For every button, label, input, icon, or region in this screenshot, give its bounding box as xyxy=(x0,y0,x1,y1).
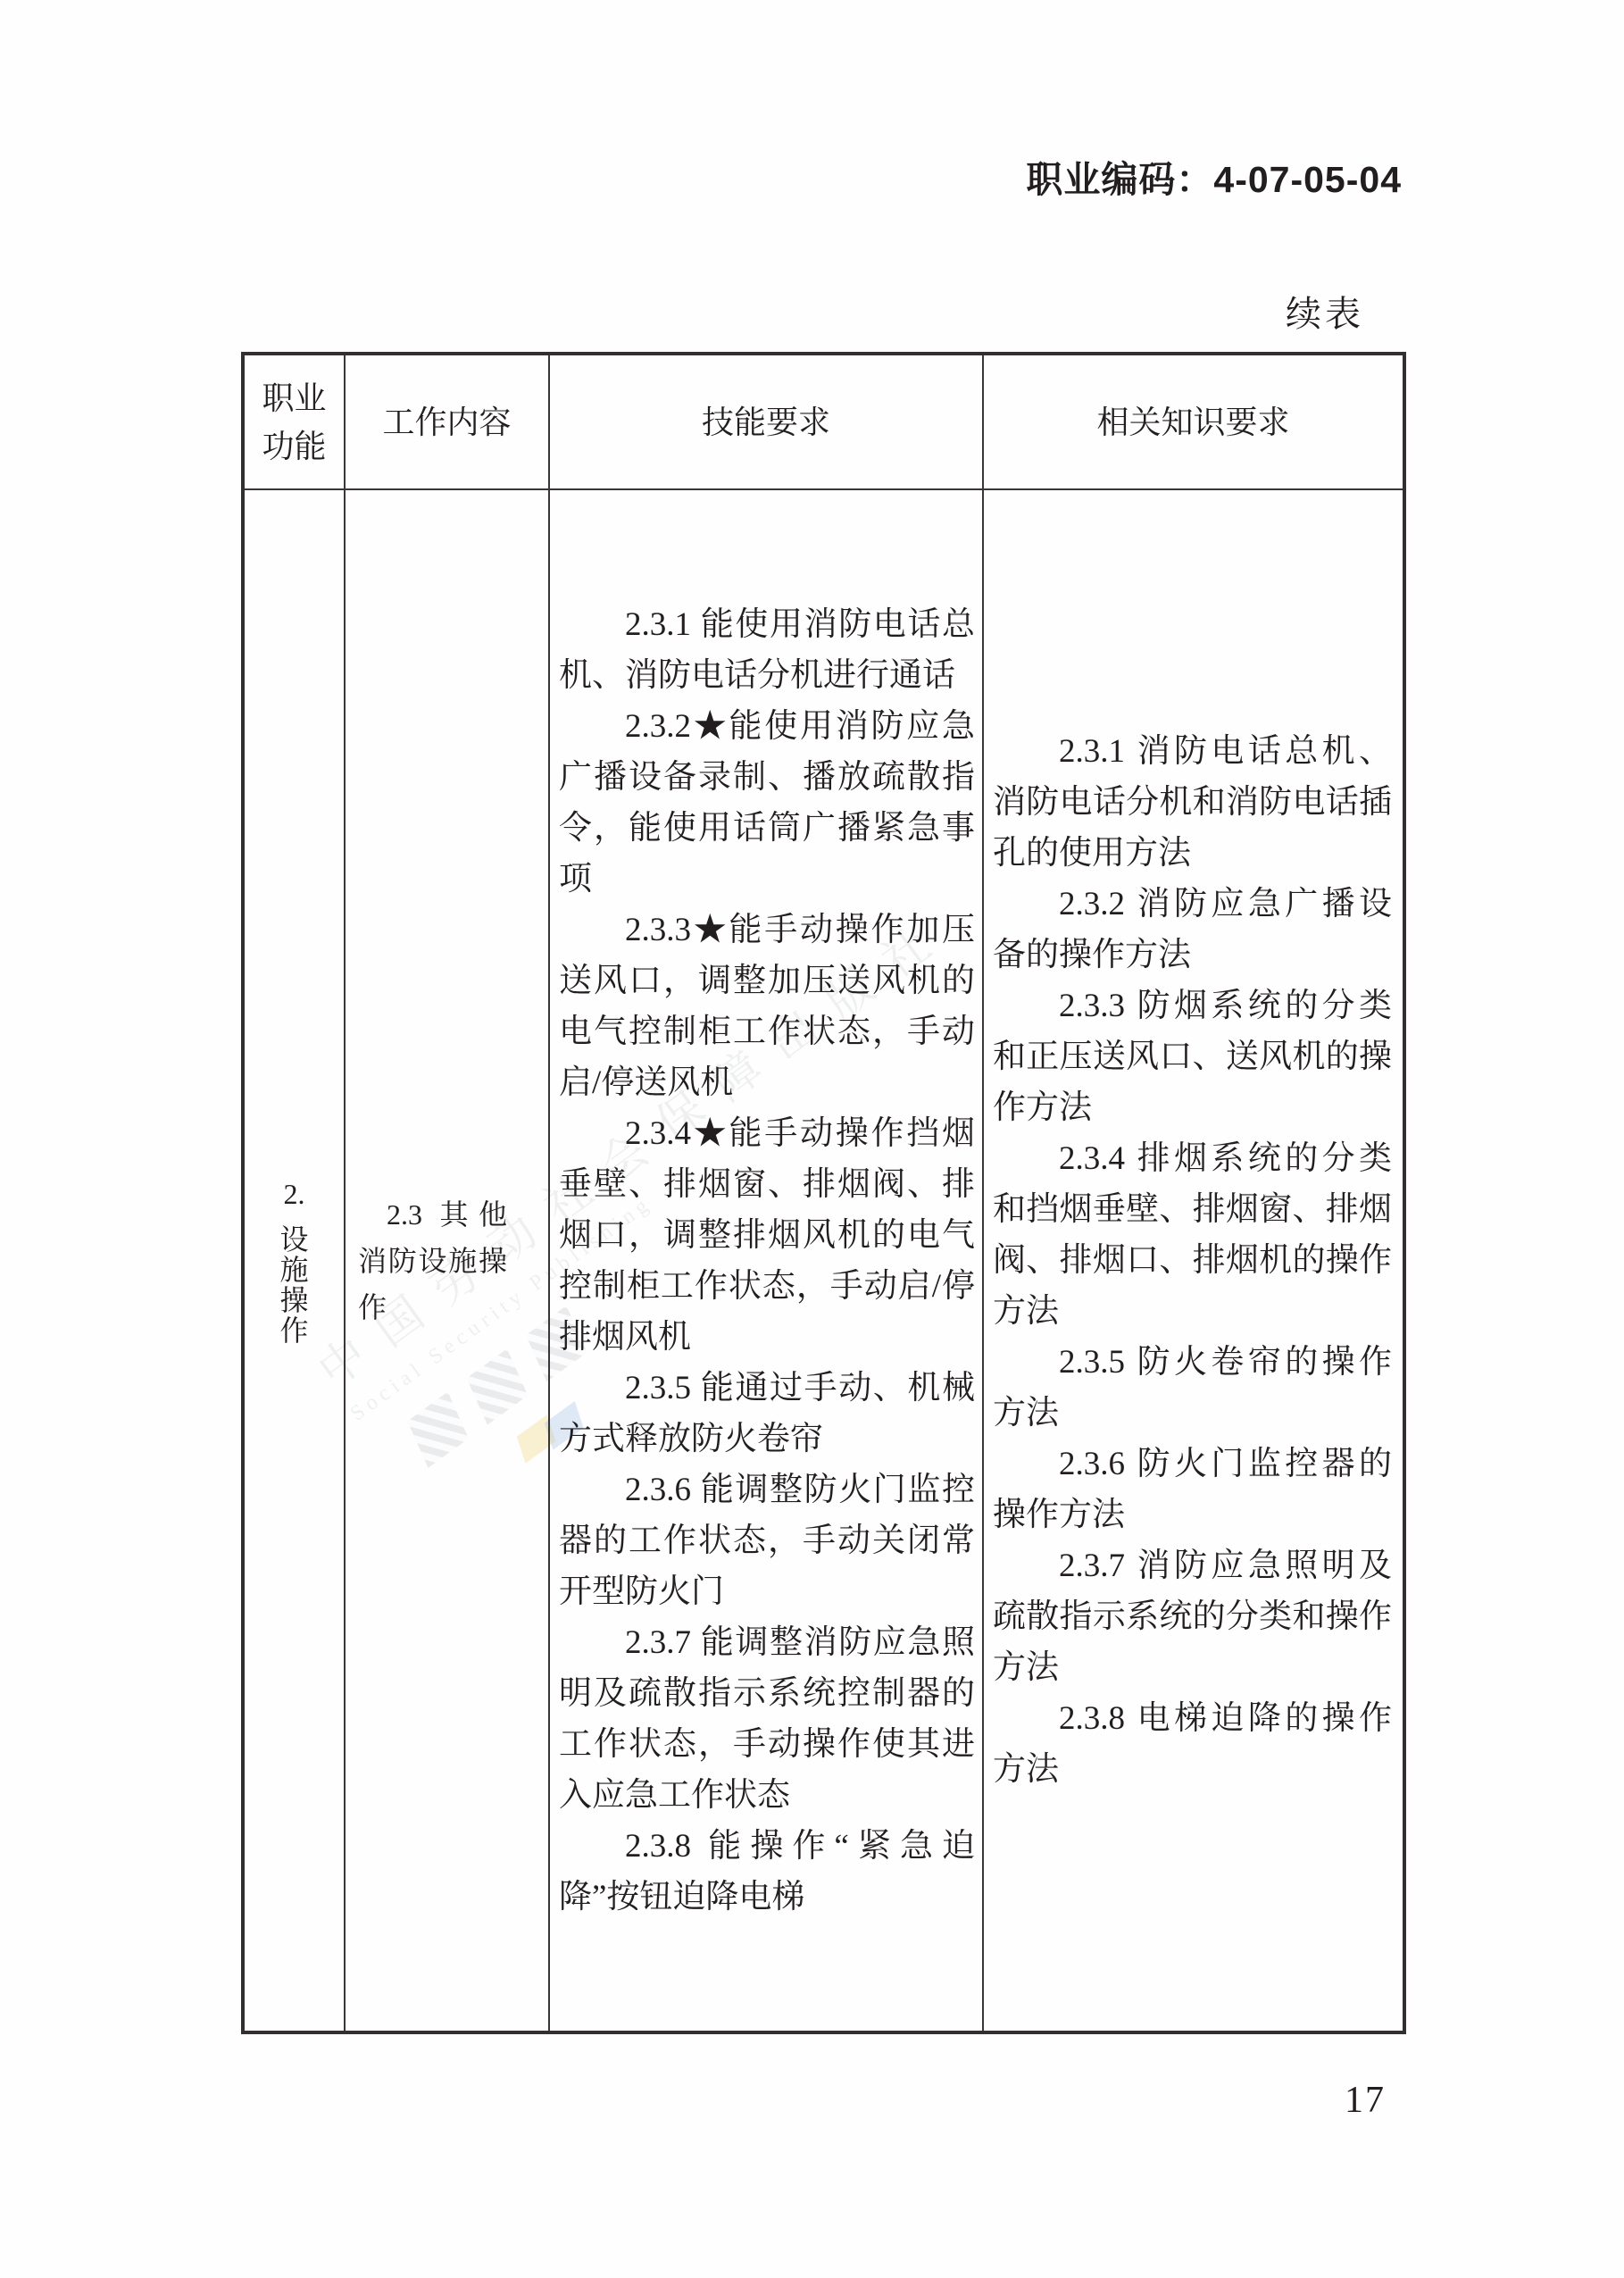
col-header-skill-requirements: 技能要求 xyxy=(549,354,983,489)
function-char: 设 xyxy=(246,1224,343,1255)
knowledge-item: 2.3.2 消防应急广播设备的操作方法 xyxy=(993,879,1392,980)
cell-occupational-function: 2. 设施操作 xyxy=(243,489,345,2032)
continued-table-label: 续表 xyxy=(1286,286,1364,337)
skill-item: 2.3.6 能调整防火门监控器的工作状态，手动关闭常开型防火门 xyxy=(559,1464,975,1617)
function-char: 施 xyxy=(246,1255,343,1285)
table-header-row: 职业功能 工作内容 技能要求 相关知识要求 xyxy=(243,354,1404,489)
cell-work-content: 2.3 其他消防设施操作 xyxy=(345,489,549,2032)
knowledge-item: 2.3.7 消防应急照明及疏散指示系统的分类和操作方法 xyxy=(993,1540,1392,1693)
knowledge-item: 2.3.1 消防电话总机、消防电话分机和消防电话插孔的使用方法 xyxy=(993,726,1392,879)
function-char: 作 xyxy=(246,1315,343,1346)
skill-item: 2.3.1 能使用消防电话总机、消防电话分机进行通话 xyxy=(559,599,975,701)
skill-item: 2.3.3★能手动操作加压送风口，调整加压送风机的电气控制柜工作状态，手动启/停… xyxy=(559,905,975,1108)
skill-item: 2.3.4★能手动操作挡烟垂壁、排烟窗、排烟阀、排烟口，调整排烟风机的电气控制柜… xyxy=(559,1108,975,1363)
function-char: 操 xyxy=(246,1285,343,1315)
col-header-knowledge-requirements: 相关知识要求 xyxy=(983,354,1404,489)
function-label-vertical: 设施操作 xyxy=(246,1224,343,1346)
skill-item: 2.3.8 能操作“紧急迫降”按钮迫降电梯 xyxy=(559,1821,975,1923)
skill-item: 2.3.2★能使用消防应急广播设备录制、播放疏散指令，能使用话筒广播紧急事项 xyxy=(559,701,975,905)
skill-item: 2.3.7 能调整消防应急照明及疏散指示系统控制器的工作状态，手动操作使其进入应… xyxy=(559,1617,975,1821)
cell-knowledge-requirements: 2.3.1 消防电话总机、消防电话分机和消防电话插孔的使用方法2.3.2 消防应… xyxy=(983,489,1404,2032)
knowledge-item: 2.3.4 排烟系统的分类和挡烟垂壁、排烟窗、排烟阀、排烟口、排烟机的操作方法 xyxy=(993,1133,1392,1337)
function-number: 2. xyxy=(246,1176,343,1212)
page-number: 17 xyxy=(1345,2079,1386,2122)
col-header-work-content: 工作内容 xyxy=(345,354,549,489)
skill-item: 2.3.5 能通过手动、机械方式释放防火卷帘 xyxy=(559,1363,975,1464)
cell-skill-requirements: 2.3.1 能使用消防电话总机、消防电话分机进行通话2.3.2★能使用消防应急广… xyxy=(549,489,983,2032)
knowledge-item: 2.3.5 防火卷帘的操作方法 xyxy=(993,1337,1392,1439)
table-row: 2. 设施操作 2.3 其他消防设施操作 2.3.1 能使用消防电话总机、消防电… xyxy=(243,489,1404,2032)
standard-table: 职业功能 工作内容 技能要求 相关知识要求 2. 设施操作 2.3 其他消防设施… xyxy=(241,352,1406,2034)
document-page: 职业编码：4-07-05-04 续表 中国劳动社会保障出版社 Social Se… xyxy=(0,0,1624,2278)
work-content-text: 2.3 其他消防设施操作 xyxy=(358,1191,507,1331)
knowledge-item: 2.3.6 防火门监控器的操作方法 xyxy=(993,1439,1392,1540)
knowledge-item: 2.3.3 防烟系统的分类和正压送风口、送风机的操作方法 xyxy=(993,980,1392,1133)
col-header-occupational-function: 职业功能 xyxy=(243,354,345,489)
occupation-code: 职业编码：4-07-05-04 xyxy=(1026,150,1402,203)
knowledge-item: 2.3.8 电梯迫降的操作方法 xyxy=(993,1693,1392,1795)
